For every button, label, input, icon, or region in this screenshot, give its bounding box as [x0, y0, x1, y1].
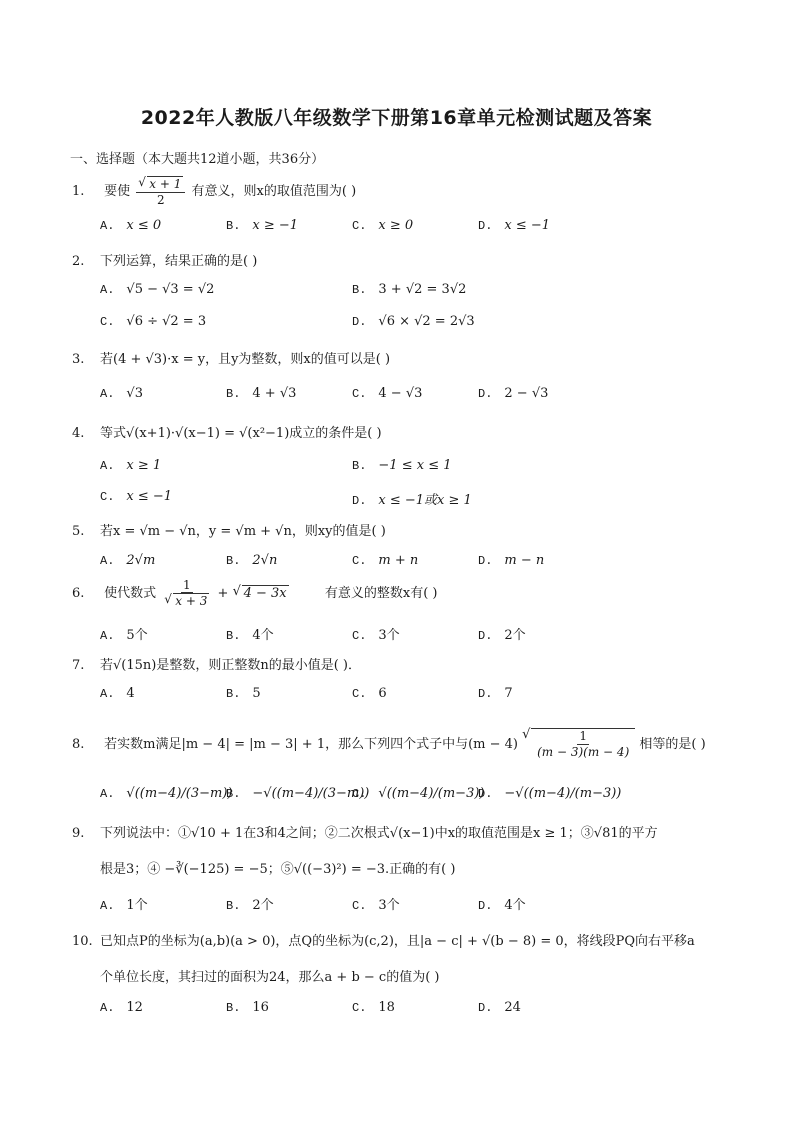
option-c[interactable]: C.x ≤ −1 [100, 489, 172, 504]
option-c[interactable]: C.3个 [352, 894, 400, 913]
option-b[interactable]: B.16 [226, 1000, 269, 1015]
option-c[interactable]: C.6 [352, 686, 387, 701]
option-c[interactable]: C.m + n [352, 553, 418, 568]
option-b[interactable]: B.2√n [226, 553, 277, 568]
option-d[interactable]: D.x ≤ −1或x ≥ 1 [352, 489, 472, 508]
option-c[interactable]: C.18 [352, 1000, 395, 1015]
option-d[interactable]: D.2个 [478, 624, 526, 643]
option-d[interactable]: D.7 [478, 686, 513, 701]
option-a[interactable]: A.√5 − √3 = √2 [100, 282, 214, 297]
option-a[interactable]: A.1个 [100, 894, 148, 913]
question-10-continued: 个单位长度，其扫过的面积为24，那么a + b − c的值为( ) [100, 966, 440, 985]
question-3: 3.若(4 + √3)·x = y，且y为整数，则x的值可以是( ) [72, 348, 390, 367]
option-c[interactable]: C.4 − √3 [352, 386, 422, 401]
question-1: 1. 要使 x + 1 2 有意义，则x的取值范围为( ) [72, 176, 356, 207]
option-a[interactable]: A.5个 [100, 624, 148, 643]
option-d[interactable]: D.x ≤ −1 [478, 218, 550, 233]
option-d[interactable]: D.2 − √3 [478, 386, 548, 401]
option-b[interactable]: B.3 + √2 = 3√2 [352, 282, 466, 297]
document-title: 2022年人教版八年级数学下册第16章单元检测试题及答案 [0, 103, 793, 130]
section-heading: 一、选择题（本大题共12道小题，共36分） [70, 148, 324, 167]
fraction-math: 1 x + 3 [162, 578, 211, 609]
fraction-math: x + 1 2 [136, 176, 185, 207]
option-b[interactable]: B.−1 ≤ x ≤ 1 [352, 458, 452, 473]
option-a[interactable]: A.4 [100, 686, 135, 701]
option-a[interactable]: A.x ≤ 0 [100, 218, 161, 233]
question-2: 2.下列运算，结果正确的是( ) [72, 250, 257, 269]
option-d[interactable]: D.m − n [478, 553, 544, 568]
question-7: 7.若√(15n)是整数，则正整数n的最小值是( )． [72, 654, 361, 673]
option-a[interactable]: A.12 [100, 1000, 143, 1015]
question-5: 5.若x = √m − √n，y = √m + √n，则xy的值是( ) [72, 520, 386, 539]
option-b[interactable]: B.2个 [226, 894, 274, 913]
option-b[interactable]: B.5 [226, 686, 261, 701]
option-d[interactable]: D.−√((m−4)/(m−3)) [478, 786, 621, 801]
question-9-continued: 根是3；④ −∛(−125) = −5；⑤√((−3)²) = −3.正确的有(… [100, 858, 455, 877]
question-6: 6. 使代数式 1 x + 3 + 4 − 3x 有意义的整数x有( ) [72, 578, 438, 609]
option-b[interactable]: B.4 + √3 [226, 386, 296, 401]
option-c[interactable]: C.√((m−4)/(m−3)) [352, 786, 484, 801]
option-a[interactable]: A.2√m [100, 553, 155, 568]
question-4: 4.等式√(x+1)·√(x−1) = √(x²−1)成立的条件是( ) [72, 422, 382, 441]
option-b[interactable]: B.x ≥ −1 [226, 218, 298, 233]
option-a[interactable]: A.√((m−4)/(3−m)) [100, 786, 232, 801]
option-c[interactable]: C.3个 [352, 624, 400, 643]
option-a[interactable]: A.x ≥ 1 [100, 458, 161, 473]
sqrt-fraction-math: 1(m − 3)(m − 4) [522, 728, 635, 760]
question-8: 8. 若实数m满足|m − 4| = |m − 3| + 1，那么下列四个式子中… [72, 728, 706, 760]
option-d[interactable]: D.24 [478, 1000, 521, 1015]
option-a[interactable]: A.√3 [100, 386, 143, 401]
question-10: 10.已知点P的坐标为(a,b)(a > 0)，点Q的坐标为(c,2)，且|a … [72, 930, 695, 949]
option-b[interactable]: B.−√((m−4)/(3−m)) [226, 786, 369, 801]
option-d[interactable]: D.√6 × √2 = 2√3 [352, 314, 475, 329]
option-b[interactable]: B.4个 [226, 624, 274, 643]
question-9: 9.下列说法中：①√10 + 1在3和4之间；②二次根式√(x−1)中x的取值范… [72, 822, 658, 841]
option-c[interactable]: C.x ≥ 0 [352, 218, 413, 233]
option-c[interactable]: C.√6 ÷ √2 = 3 [100, 314, 206, 329]
option-d[interactable]: D.4个 [478, 894, 526, 913]
